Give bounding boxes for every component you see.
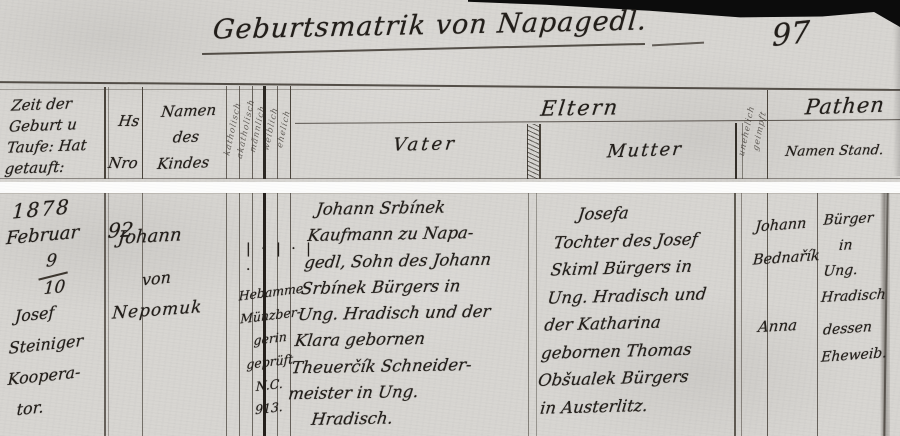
column-header-mutter: Mutter bbox=[574, 134, 717, 166]
header-top-rule-2 bbox=[0, 89, 440, 90]
col-rule-hatch bbox=[527, 124, 539, 179]
record-child-name-1: Johann bbox=[117, 221, 183, 251]
column-header-vater: Vater bbox=[348, 130, 501, 160]
header-strip: Geburtsmatrik von Napagedl. 97 Zeit der … bbox=[0, 0, 900, 183]
record-mother: Josefa Tochter des Josef Skiml Bürgers i… bbox=[533, 196, 756, 422]
record-father: Johann Srbínek Kaufmann zu Napa- gedl, S… bbox=[283, 193, 554, 434]
column-header-eltern: Eltern bbox=[493, 91, 667, 126]
column-header-time: Zeit der Geburt u Taufe: Hat getauft: bbox=[4, 92, 111, 180]
page-number: 97 bbox=[772, 10, 810, 59]
title-underline-flourish bbox=[652, 42, 704, 46]
record-priest: Josef Steiniger Koopera- tor. bbox=[6, 292, 102, 427]
col-rule bbox=[539, 124, 541, 179]
register-scan: Geburtsmatrik von Napagedl. 97 Zeit der … bbox=[0, 0, 900, 436]
scan-gap bbox=[0, 182, 900, 193]
record-godparent1-stand: Bürger in Ung. Hradisch bbox=[816, 205, 900, 312]
column-header-child: Namen des Kindes bbox=[144, 97, 228, 178]
col-rule bbox=[104, 193, 106, 436]
column-header-pathen-sub: Namen Stand. bbox=[771, 140, 898, 162]
record-godparent2-name: Anna bbox=[757, 314, 798, 339]
record-strip: 1878 Februar 9 10 Josef Steiniger Kooper… bbox=[0, 193, 900, 436]
record-child-name-2: von bbox=[142, 265, 172, 292]
record-godparent2-stand: dessen Eheweib. bbox=[820, 312, 900, 372]
column-header-pathen: Pathen bbox=[778, 89, 900, 125]
record-godparent1-name: Johann Bednařík bbox=[752, 206, 828, 278]
